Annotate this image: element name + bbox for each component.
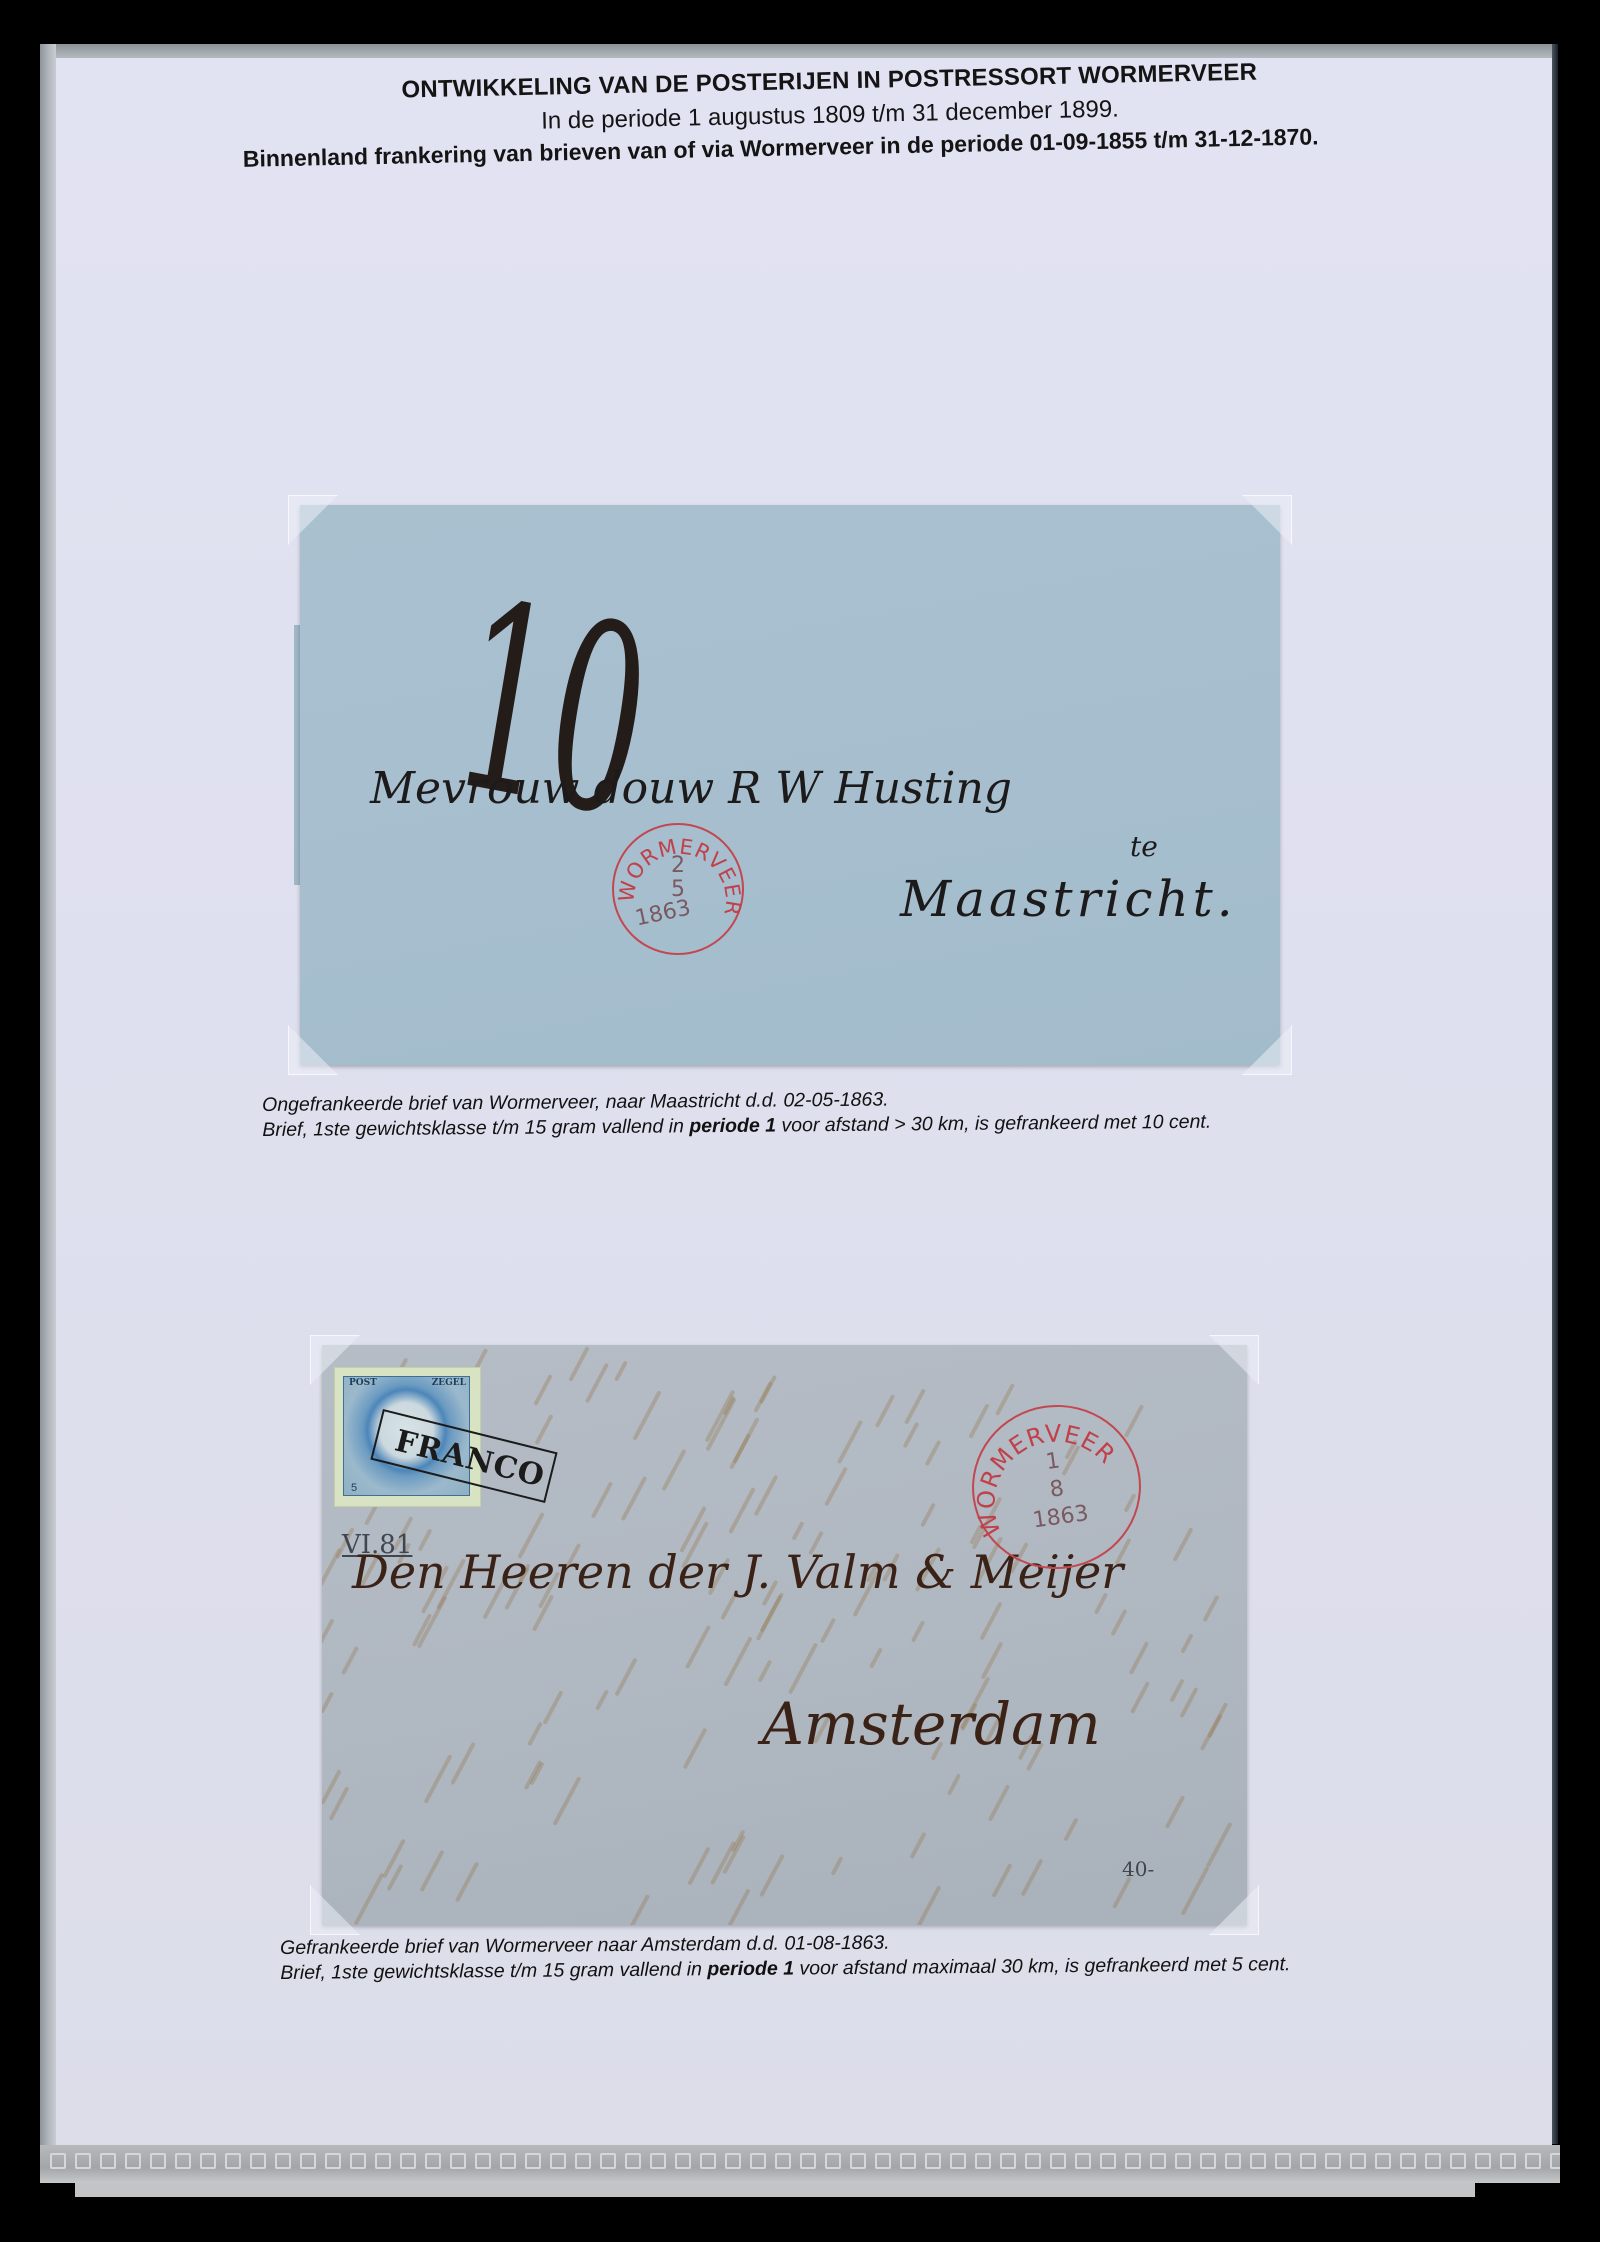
binder-hole bbox=[150, 2153, 166, 2169]
binder-hole bbox=[1250, 2153, 1266, 2169]
ink-bleed-mark bbox=[354, 1872, 385, 1925]
ink-bleed-mark bbox=[723, 1636, 752, 1686]
cover-franked-amsterdam: POST ZEGEL 5 FRANCO VI.81 40- Den Heeren… bbox=[322, 1345, 1247, 1925]
address-line: Amsterdam bbox=[762, 1690, 1101, 1758]
ink-bleed-mark bbox=[920, 1503, 936, 1528]
ink-bleed-mark bbox=[341, 1646, 359, 1675]
binder-hole bbox=[900, 2153, 916, 2169]
address-line: te bbox=[1130, 830, 1158, 863]
ink-bleed-mark bbox=[758, 1659, 773, 1682]
binder-hole bbox=[1475, 2153, 1491, 2169]
binder-hole bbox=[300, 2153, 316, 2169]
ink-bleed-mark bbox=[1063, 1818, 1078, 1842]
binder-hole bbox=[925, 2153, 941, 2169]
ink-bleed-mark bbox=[837, 1420, 863, 1464]
stamp-value: 5 bbox=[351, 1482, 357, 1494]
ink-bleed-mark bbox=[705, 1389, 736, 1442]
ink-bleed-mark bbox=[981, 1641, 1004, 1679]
binder-hole bbox=[1200, 2153, 1216, 2169]
ink-bleed-mark bbox=[913, 1885, 942, 1925]
ink-bleed-mark bbox=[622, 1894, 650, 1925]
ink-bleed-mark bbox=[875, 1394, 895, 1428]
ink-bleed-mark bbox=[329, 1786, 350, 1821]
postmark: WORMERVEER 2 5 1863 bbox=[612, 823, 744, 955]
ink-bleed-mark bbox=[753, 1381, 772, 1413]
binder-hole bbox=[350, 2153, 366, 2169]
ink-bleed-mark bbox=[729, 1433, 751, 1469]
binder-hole bbox=[1275, 2153, 1291, 2169]
address-line: Maastricht. bbox=[900, 870, 1237, 928]
ink-bleed-mark bbox=[721, 1888, 750, 1925]
ink-bleed-mark bbox=[988, 1784, 1010, 1821]
ink-bleed-mark bbox=[524, 1760, 543, 1790]
ink-bleed-mark bbox=[621, 1476, 648, 1521]
binder-hole bbox=[850, 2153, 866, 2169]
ink-bleed-mark bbox=[568, 1346, 589, 1381]
binder-hole bbox=[1450, 2153, 1466, 2169]
binder-hole bbox=[650, 2153, 666, 2169]
sheet-protector-bottom-strip bbox=[40, 2145, 1560, 2183]
ink-bleed-mark bbox=[1129, 1641, 1149, 1675]
ink-bleed-mark bbox=[1021, 1858, 1044, 1896]
binder-hole bbox=[700, 2153, 716, 2169]
page-right-edge bbox=[1552, 44, 1558, 2144]
ink-bleed-mark bbox=[322, 1548, 342, 1588]
rate-marking: 10 bbox=[455, 565, 651, 858]
address-line: Mevrouw douw R W Husting bbox=[370, 763, 1012, 814]
binder-hole bbox=[1175, 2153, 1191, 2169]
binder-hole bbox=[125, 2153, 141, 2169]
binder-hole bbox=[825, 2153, 841, 2169]
ink-bleed-mark bbox=[1179, 1687, 1198, 1718]
ink-bleed-mark bbox=[591, 1481, 613, 1518]
ink-bleed-mark bbox=[1130, 1681, 1150, 1714]
ink-bleed-mark bbox=[685, 1625, 711, 1669]
ink-bleed-mark bbox=[1181, 1866, 1210, 1916]
binder-hole bbox=[875, 2153, 891, 2169]
pencil-price: 40- bbox=[1122, 1857, 1154, 1881]
binder-hole bbox=[250, 2153, 266, 2169]
ink-bleed-mark bbox=[904, 1388, 926, 1424]
binder-hole bbox=[1125, 2153, 1141, 2169]
binder-hole bbox=[225, 2153, 241, 2169]
binder-hole bbox=[75, 2153, 91, 2169]
binder-hole bbox=[975, 2153, 991, 2169]
ink-bleed-mark bbox=[614, 1360, 628, 1381]
binder-hole bbox=[775, 2153, 791, 2169]
binder-hole bbox=[600, 2153, 616, 2169]
binder-hole bbox=[1325, 2153, 1341, 2169]
ink-bleed-mark bbox=[533, 1374, 552, 1406]
binder-hole bbox=[1500, 2153, 1516, 2169]
ink-bleed-mark bbox=[792, 1521, 805, 1541]
binder-hole bbox=[500, 2153, 516, 2169]
binder-hole bbox=[200, 2153, 216, 2169]
ink-bleed-mark bbox=[1202, 1595, 1219, 1622]
binder-hole bbox=[400, 2153, 416, 2169]
binder-hole bbox=[625, 2153, 641, 2169]
ink-bleed-mark bbox=[455, 1862, 479, 1903]
binder-hole bbox=[1525, 2153, 1541, 2169]
ink-bleed-mark bbox=[728, 1487, 755, 1534]
ink-bleed-mark bbox=[1180, 1633, 1193, 1653]
binder-hole bbox=[425, 2153, 441, 2169]
ink-bleed-mark bbox=[705, 1398, 736, 1452]
binder-hole bbox=[750, 2153, 766, 2169]
ink-bleed-mark bbox=[419, 1850, 444, 1892]
caption-2: Gefrankeerde brief van Wormerveer naar A… bbox=[280, 1927, 1291, 1986]
cover-unfranked-maastricht: 10 Mevrouw douw R W Husting te Maastrich… bbox=[300, 505, 1280, 1065]
binder-hole bbox=[275, 2153, 291, 2169]
binder-hole bbox=[550, 2153, 566, 2169]
binder-hole bbox=[575, 2153, 591, 2169]
binder-hole bbox=[450, 2153, 466, 2169]
binder-hole bbox=[50, 2153, 66, 2169]
binder-hole bbox=[1400, 2153, 1416, 2169]
ink-bleed-mark bbox=[585, 1363, 609, 1404]
ink-bleed-mark bbox=[831, 1856, 844, 1876]
binder-hole bbox=[1350, 2153, 1366, 2169]
binder-hole bbox=[1425, 2153, 1441, 2169]
ink-bleed-mark bbox=[869, 1647, 883, 1668]
ink-bleed-mark bbox=[995, 1383, 1015, 1416]
binder-hole bbox=[1100, 2153, 1116, 2169]
binder-hole bbox=[800, 2153, 816, 2169]
binder-hole bbox=[1075, 2153, 1091, 2169]
ink-bleed-mark bbox=[754, 1475, 779, 1517]
binder-hole bbox=[1550, 2153, 1560, 2169]
ink-bleed-mark bbox=[925, 1440, 942, 1467]
stamp-label: ZEGEL bbox=[432, 1378, 466, 1388]
ink-bleed-mark bbox=[1169, 1679, 1184, 1703]
ink-bleed-mark bbox=[1173, 1527, 1194, 1562]
binder-hole bbox=[1225, 2153, 1241, 2169]
ink-bleed-mark bbox=[1112, 1876, 1132, 1909]
binder-hole bbox=[175, 2153, 191, 2169]
binder-hole bbox=[475, 2153, 491, 2169]
binder-hole bbox=[725, 2153, 741, 2169]
sheet-protector-top-edge bbox=[40, 44, 1555, 58]
binder-hole bbox=[675, 2153, 691, 2169]
binder-hole bbox=[1150, 2153, 1166, 2169]
binder-hole bbox=[325, 2153, 341, 2169]
binder-hole bbox=[375, 2153, 391, 2169]
binder-hole bbox=[525, 2153, 541, 2169]
ink-bleed-mark bbox=[1207, 1714, 1223, 1739]
binder-hole bbox=[1050, 2153, 1066, 2169]
binder-hole bbox=[950, 2153, 966, 2169]
ink-bleed-mark bbox=[322, 1691, 334, 1713]
sheet-protector-left-edge bbox=[40, 44, 56, 2174]
ink-bleed-mark bbox=[683, 1728, 708, 1770]
ink-bleed-mark bbox=[1165, 1795, 1185, 1829]
ink-bleed-mark bbox=[903, 1422, 920, 1449]
ink-bleed-mark bbox=[450, 1742, 476, 1785]
binder-hole bbox=[1375, 2153, 1391, 2169]
caption-1: Ongefrankeerde brief van Wormerveer, naa… bbox=[262, 1085, 1211, 1143]
binder-hole bbox=[1025, 2153, 1041, 2169]
postmark-day: 2 bbox=[614, 853, 742, 878]
ink-bleed-mark bbox=[543, 1690, 564, 1725]
stamp-label: POST bbox=[349, 1378, 377, 1388]
ink-bleed-mark bbox=[820, 1618, 836, 1644]
binder-hole bbox=[1000, 2153, 1016, 2169]
ink-bleed-mark bbox=[553, 1776, 582, 1826]
ink-bleed-mark bbox=[788, 1642, 818, 1694]
ink-bleed-mark bbox=[909, 1832, 926, 1859]
ink-bleed-mark bbox=[911, 1620, 925, 1642]
ink-bleed-mark bbox=[661, 1449, 686, 1491]
ink-bleed-mark bbox=[614, 1658, 637, 1697]
ink-bleed-mark bbox=[322, 1618, 335, 1653]
ink-bleed-mark bbox=[527, 1722, 543, 1747]
ink-bleed-mark bbox=[1110, 1609, 1127, 1636]
postmark: WORMERVEER 1 8 1863 bbox=[961, 1394, 1151, 1580]
ink-bleed-mark bbox=[1205, 1822, 1232, 1868]
ink-bleed-mark bbox=[632, 1390, 661, 1440]
ink-bleed-mark bbox=[824, 1467, 848, 1507]
ink-bleed-mark bbox=[687, 1847, 710, 1886]
ink-bleed-mark bbox=[759, 1854, 785, 1897]
ink-bleed-mark bbox=[424, 1754, 453, 1804]
binder-hole bbox=[1300, 2153, 1316, 2169]
sheet-underlay bbox=[75, 2183, 1475, 2197]
ink-bleed-mark bbox=[947, 1773, 961, 1795]
binder-hole bbox=[100, 2153, 116, 2169]
ink-bleed-mark bbox=[595, 1689, 609, 1710]
ink-bleed-mark bbox=[979, 1602, 1002, 1641]
ink-bleed-mark bbox=[992, 1863, 1013, 1898]
ink-bleed-mark bbox=[534, 1414, 553, 1445]
binder-holes bbox=[50, 2153, 1550, 2167]
